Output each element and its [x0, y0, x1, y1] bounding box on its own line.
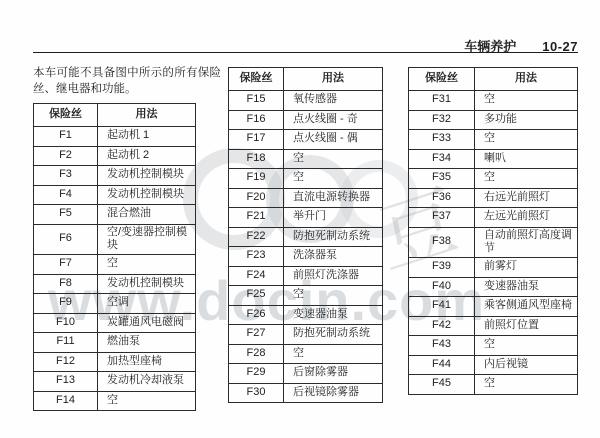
- fuse-id-cell: F12: [34, 352, 98, 372]
- table-row: F2起动机 2: [34, 146, 196, 166]
- table-row: F5混合燃油: [34, 205, 196, 225]
- fuse-usage-cell: 后视镜除雾器: [284, 383, 383, 403]
- table-row: F16点火线圈 - 奇: [229, 110, 383, 130]
- usage-column-header: 用法: [475, 68, 578, 91]
- fuse-usage-cell: 乘客侧通风型座椅: [475, 297, 578, 317]
- table-row: F19空: [229, 169, 383, 189]
- fuse-usage-cell: 后窗除雾器: [284, 364, 383, 384]
- fuse-id-cell: F5: [34, 205, 98, 225]
- table-row: F22防抱死制动系统: [229, 227, 383, 247]
- table-row: F24前照灯洗涤器: [229, 266, 383, 286]
- fuse-usage-cell: 空: [284, 286, 383, 306]
- fuse-usage-cell: 洗涤器泵: [284, 247, 383, 267]
- fuse-usage-cell: 混合燃油: [98, 205, 196, 225]
- fuse-id-cell: F39: [409, 258, 475, 278]
- header-rule: [33, 52, 578, 53]
- table-row: F36右远光前照灯: [409, 188, 578, 208]
- table-row: F3发动机控制模块: [34, 166, 196, 186]
- fuse-usage-cell: 举升门: [284, 208, 383, 228]
- fuse-id-cell: F6: [34, 224, 98, 255]
- fuse-id-cell: F9: [34, 294, 98, 314]
- fuse-usage-cell: 空: [475, 375, 578, 395]
- table-row: F35空: [409, 169, 578, 189]
- fuse-id-cell: F24: [229, 266, 284, 286]
- table-row: F1起动机 1: [34, 127, 196, 147]
- fuse-usage-cell: 点火线圈 - 偶: [284, 130, 383, 150]
- table-row: F17点火线圈 - 偶: [229, 130, 383, 150]
- table-row: F12加热型座椅: [34, 352, 196, 372]
- table-row: F37左远光前照灯: [409, 208, 578, 228]
- table-row: F14空: [34, 391, 196, 411]
- table-row: F8发动机控制模块: [34, 274, 196, 294]
- table-row: F43空: [409, 336, 578, 356]
- fuse-usage-cell: 发动机控制模块: [98, 185, 196, 205]
- fuse-usage-cell: 燃油泵: [98, 333, 196, 353]
- usage-column-header: 用法: [284, 68, 383, 91]
- usage-column-header: 用法: [98, 104, 196, 127]
- fuse-usage-cell: 变速器油泵: [284, 305, 383, 325]
- fuse-usage-cell: 喇叭: [475, 149, 578, 169]
- table-row: F4发动机控制模块: [34, 185, 196, 205]
- fuse-id-cell: F18: [229, 149, 284, 169]
- table-row: F28空: [229, 344, 383, 364]
- table-row: F45空: [409, 375, 578, 395]
- table-row: F20直流电源转换器: [229, 188, 383, 208]
- fuse-id-cell: F42: [409, 316, 475, 336]
- table-row: F42前照灯位置: [409, 316, 578, 336]
- fuse-usage-cell: 空: [475, 336, 578, 356]
- fuse-id-cell: F22: [229, 227, 284, 247]
- table-row: F10炭罐通风电磁阀: [34, 313, 196, 333]
- fuse-id-cell: F31: [409, 91, 475, 111]
- table-row: F29后窗除雾器: [229, 364, 383, 384]
- table-row: F15氧传感器: [229, 91, 383, 111]
- table-row: F23洗涤器泵: [229, 247, 383, 267]
- fuse-usage-cell: 起动机 1: [98, 127, 196, 147]
- fuse-usage-cell: 点火线圈 - 奇: [284, 110, 383, 130]
- fuse-usage-cell: 氧传感器: [284, 91, 383, 111]
- fuse-id-cell: F43: [409, 336, 475, 356]
- fuse-usage-cell: 发动机控制模块: [98, 274, 196, 294]
- table-row: F21举升门: [229, 208, 383, 228]
- fuse-id-cell: F41: [409, 297, 475, 317]
- table-row: F39前雾灯: [409, 258, 578, 278]
- fuse-usage-cell: 空: [284, 149, 383, 169]
- fuse-id-cell: F13: [34, 372, 98, 392]
- fuse-table-3: 保险丝 用法 F31空F32多功能F33空F34喇叭F35空F36右远光前照灯F…: [408, 67, 578, 395]
- fuse-id-cell: F8: [34, 274, 98, 294]
- fuse-id-cell: F17: [229, 130, 284, 150]
- table-row: F31空: [409, 91, 578, 111]
- fuse-usage-cell: 防抱死制动系统: [284, 227, 383, 247]
- table-row: F32多功能: [409, 110, 578, 130]
- fuse-id-cell: F10: [34, 313, 98, 333]
- fuse-id-cell: F16: [229, 110, 284, 130]
- fuse-usage-cell: 直流电源转换器: [284, 188, 383, 208]
- table-row: F33空: [409, 130, 578, 150]
- fuse-usage-cell: 防抱死制动系统: [284, 325, 383, 345]
- fuse-usage-cell: 炭罐通风电磁阀: [98, 313, 196, 333]
- table-row: F6空/变速器控制模块: [34, 224, 196, 255]
- fuse-usage-cell: 空/变速器控制模块: [98, 224, 196, 255]
- fuse-id-cell: F4: [34, 185, 98, 205]
- fuse-id-cell: F23: [229, 247, 284, 267]
- fuse-id-cell: F3: [34, 166, 98, 186]
- table-row: F18空: [229, 149, 383, 169]
- table-header-row: 保险丝 用法: [409, 68, 578, 91]
- fuse-usage-cell: 加热型座椅: [98, 352, 196, 372]
- fuse-usage-cell: 空: [475, 169, 578, 189]
- fuse-id-cell: F11: [34, 333, 98, 353]
- fuse-usage-cell: 空: [475, 91, 578, 111]
- fuse-table-1: 保险丝 用法 F1起动机 1F2起动机 2F3发动机控制模块F4发动机控制模块F…: [33, 103, 196, 411]
- fuse-usage-cell: 起动机 2: [98, 146, 196, 166]
- fuse-id-cell: F44: [409, 355, 475, 375]
- fuse-usage-cell: 空调: [98, 294, 196, 314]
- fuse-usage-cell: 前雾灯: [475, 258, 578, 278]
- fuse-usage-cell: 空: [98, 255, 196, 275]
- table-row: F13发动机冷却液泵: [34, 372, 196, 392]
- fuse-id-cell: F1: [34, 127, 98, 147]
- fuse-id-cell: F29: [229, 364, 284, 384]
- fuse-usage-cell: 空: [284, 344, 383, 364]
- table-header-row: 保险丝 用法: [34, 104, 196, 127]
- fuse-column-header: 保险丝: [409, 68, 475, 91]
- fuse-id-cell: F2: [34, 146, 98, 166]
- table-row: F25空: [229, 286, 383, 306]
- fuse-id-cell: F19: [229, 169, 284, 189]
- manual-page: 豆 www.docin.com 车辆养护10-27 本车可能不具备图中所示的所有…: [0, 0, 600, 438]
- fuse-id-cell: F14: [34, 391, 98, 411]
- fuse-id-cell: F15: [229, 91, 284, 111]
- fuse-id-cell: F25: [229, 286, 284, 306]
- fuse-usage-cell: 右远光前照灯: [475, 188, 578, 208]
- fuse-usage-cell: 内后视镜: [475, 355, 578, 375]
- table-row: F11燃油泵: [34, 333, 196, 353]
- fuse-id-cell: F34: [409, 149, 475, 169]
- fuse-column-header: 保险丝: [229, 68, 284, 91]
- fuse-id-cell: F28: [229, 344, 284, 364]
- fuse-id-cell: F27: [229, 325, 284, 345]
- fuse-id-cell: F30: [229, 383, 284, 403]
- fuse-id-cell: F37: [409, 208, 475, 228]
- fuse-id-cell: F26: [229, 305, 284, 325]
- fuse-id-cell: F35: [409, 169, 475, 189]
- table-row: F41乘客侧通风型座椅: [409, 297, 578, 317]
- table-row: F9空调: [34, 294, 196, 314]
- fuse-id-cell: F32: [409, 110, 475, 130]
- fuse-usage-cell: 发动机控制模块: [98, 166, 196, 186]
- fuse-usage-cell: 空: [98, 391, 196, 411]
- intro-text: 本车可能不具备图中所示的所有保险丝、继电器和功能。: [33, 65, 221, 97]
- fuse-id-cell: F36: [409, 188, 475, 208]
- table-row: F34喇叭: [409, 149, 578, 169]
- fuse-column-header: 保险丝: [34, 104, 98, 127]
- fuse-id-cell: F33: [409, 130, 475, 150]
- fuse-usage-cell: 空: [284, 169, 383, 189]
- fuse-usage-cell: 自动前照灯高度调节: [475, 227, 578, 258]
- fuse-id-cell: F45: [409, 375, 475, 395]
- table-row: F38自动前照灯高度调节: [409, 227, 578, 258]
- fuse-usage-cell: 空: [475, 130, 578, 150]
- fuse-id-cell: F7: [34, 255, 98, 275]
- fuse-usage-cell: 前照灯洗涤器: [284, 266, 383, 286]
- table-row: F27防抱死制动系统: [229, 325, 383, 345]
- table-header-row: 保险丝 用法: [229, 68, 383, 91]
- fuse-id-cell: F40: [409, 277, 475, 297]
- fuse-usage-cell: 发动机冷却液泵: [98, 372, 196, 392]
- fuse-table-2: 保险丝 用法 F15氧传感器F16点火线圈 - 奇F17点火线圈 - 偶F18空…: [228, 67, 383, 403]
- table-row: F40变速器油泵: [409, 277, 578, 297]
- fuse-usage-cell: 多功能: [475, 110, 578, 130]
- fuse-id-cell: F38: [409, 227, 475, 258]
- fuse-id-cell: F21: [229, 208, 284, 228]
- table-row: F44内后视镜: [409, 355, 578, 375]
- fuse-usage-cell: 前照灯位置: [475, 316, 578, 336]
- fuse-usage-cell: 左远光前照灯: [475, 208, 578, 228]
- table-row: F30后视镜除雾器: [229, 383, 383, 403]
- fuse-usage-cell: 变速器油泵: [475, 277, 578, 297]
- table-row: F26变速器油泵: [229, 305, 383, 325]
- fuse-id-cell: F20: [229, 188, 284, 208]
- table-row: F7空: [34, 255, 196, 275]
